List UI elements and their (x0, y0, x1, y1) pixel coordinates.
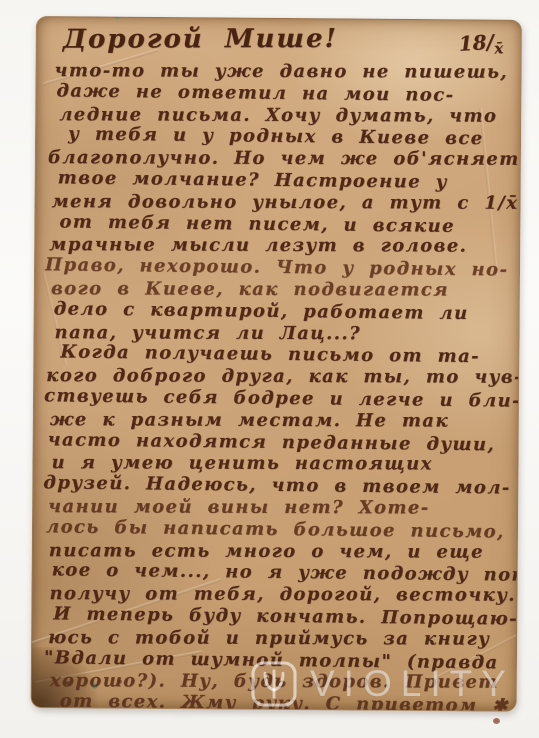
letter-line: И теперь буду кончать. Попрощаю- (53, 603, 516, 630)
stain-dot (493, 718, 500, 724)
letter-line: ствуешь себя бодрее и легче и бли- (44, 385, 518, 412)
letter-line: юсь с тобой и приймусь за книгу (48, 627, 516, 650)
letter-date-month: x̄ (494, 39, 504, 58)
letter-line: дело с квартирой, работает ли (54, 298, 519, 325)
letter-heading: Дорогой Мише! (63, 24, 338, 55)
letter-date: 18/x̄ (458, 29, 504, 60)
letter-body: что-то ты уже давно не пишешь, даже не о… (42, 59, 521, 712)
letter-line: меня довольно унылое, а тут с 1/x̄ (52, 191, 520, 214)
stain-teal-top (113, 16, 122, 19)
letter-line: что-то ты уже давно не пишешь, (55, 60, 521, 83)
letter-line: даже не ответил на мои пос- (56, 80, 520, 107)
letter-line: вого в Киеве, как подвигается (51, 278, 519, 301)
letter-line: же к разным местам. Не так (50, 409, 518, 432)
letter-line: твое молчание? Настроение у (58, 167, 520, 194)
letter-date-day: 18/ (458, 30, 495, 56)
letter-line: от всех. Жму руку. С приветом ✱ (59, 691, 515, 712)
postcard: Дорогой Мише! 18/x̄ что-то ты уже давно … (31, 16, 522, 712)
scan-background: Дорогой Мише! 18/x̄ что-то ты уже давно … (0, 0, 539, 738)
letter-line: лось бы написать большое письмо, (46, 516, 517, 543)
letter-line: чании моей вины нет? Хоте- (48, 496, 517, 519)
